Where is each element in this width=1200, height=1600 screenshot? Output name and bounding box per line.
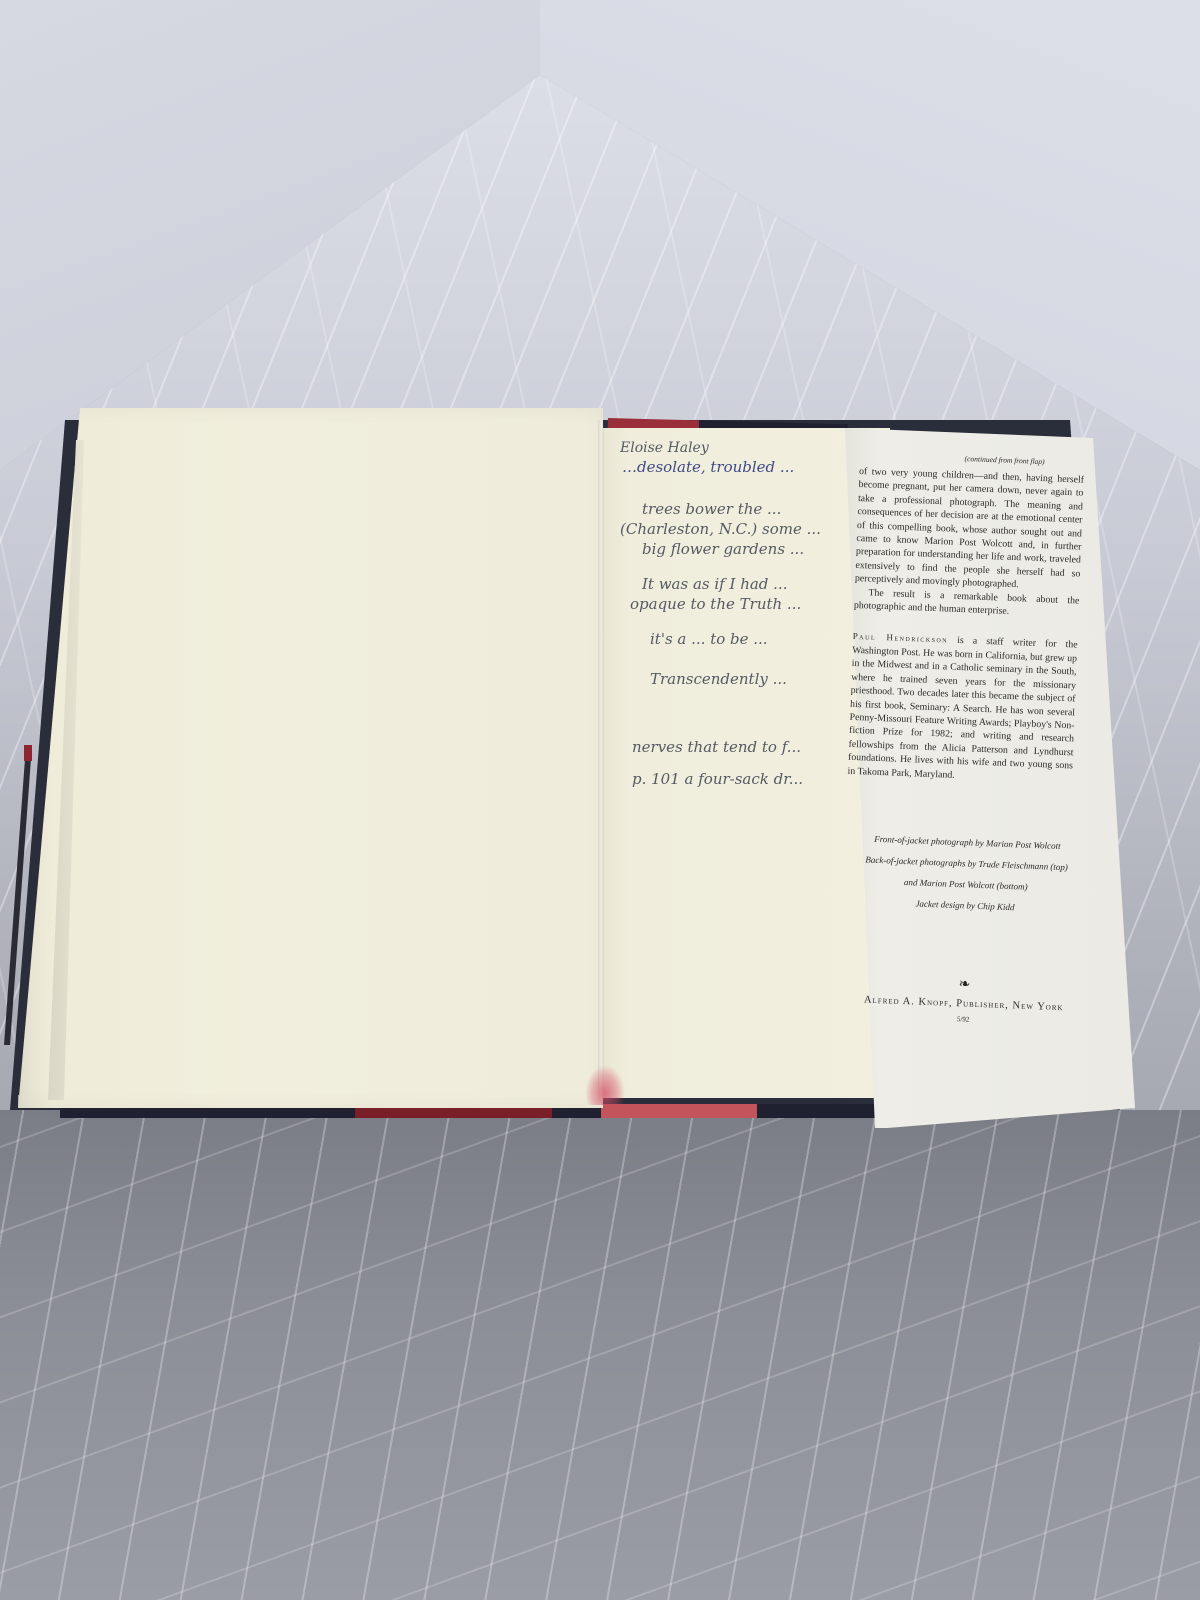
note-line: nerves that tend to f...: [632, 738, 801, 756]
author-bio: Paul Hendrickson is a staff writer for t…: [847, 630, 1077, 786]
note-line: opaque to the Truth ...: [630, 595, 801, 613]
left-endpaper: [18, 408, 603, 1108]
note-line: Eloise Haley: [620, 440, 709, 456]
note-line: It was as if I had ...: [642, 575, 787, 593]
jacket-credits: Front-of-jacket photograph by Marion Pos…: [842, 828, 1090, 921]
note-line: Transcendently ...: [650, 670, 787, 688]
note-line: p. 101 a four-sack dr...: [632, 770, 803, 788]
pink-stain: [585, 1065, 625, 1105]
handwritten-notes: Eloise Haley …desolate, troubled ... tre…: [620, 440, 880, 800]
open-book: Eloise Haley …desolate, troubled ... tre…: [0, 0, 1200, 1600]
book-gutter: [598, 420, 604, 1100]
jacket-red-accent: [24, 745, 32, 761]
author-name: Paul Hendrickson: [853, 631, 949, 645]
jacket-flap-text: (continued from front flap) of two very …: [838, 448, 1130, 1029]
borzoi-dog-icon: ❧: [839, 974, 1089, 998]
author-bio-text: is a staff writer for the Washington Pos…: [847, 635, 1077, 780]
note-line: trees bower the ...: [642, 500, 781, 518]
publisher-colophon: ❧ Alfred A. Knopf, Publisher, New York 5…: [838, 974, 1090, 1029]
note-line: it's a ... to be ...: [650, 630, 768, 648]
note-line: …desolate, troubled ...: [622, 458, 794, 476]
note-line: (Charleston, N.C.) some ...: [620, 520, 821, 538]
note-line: big flower gardens ...: [642, 540, 804, 558]
flap-paragraph: of two very young children—and then, hav…: [855, 465, 1084, 594]
